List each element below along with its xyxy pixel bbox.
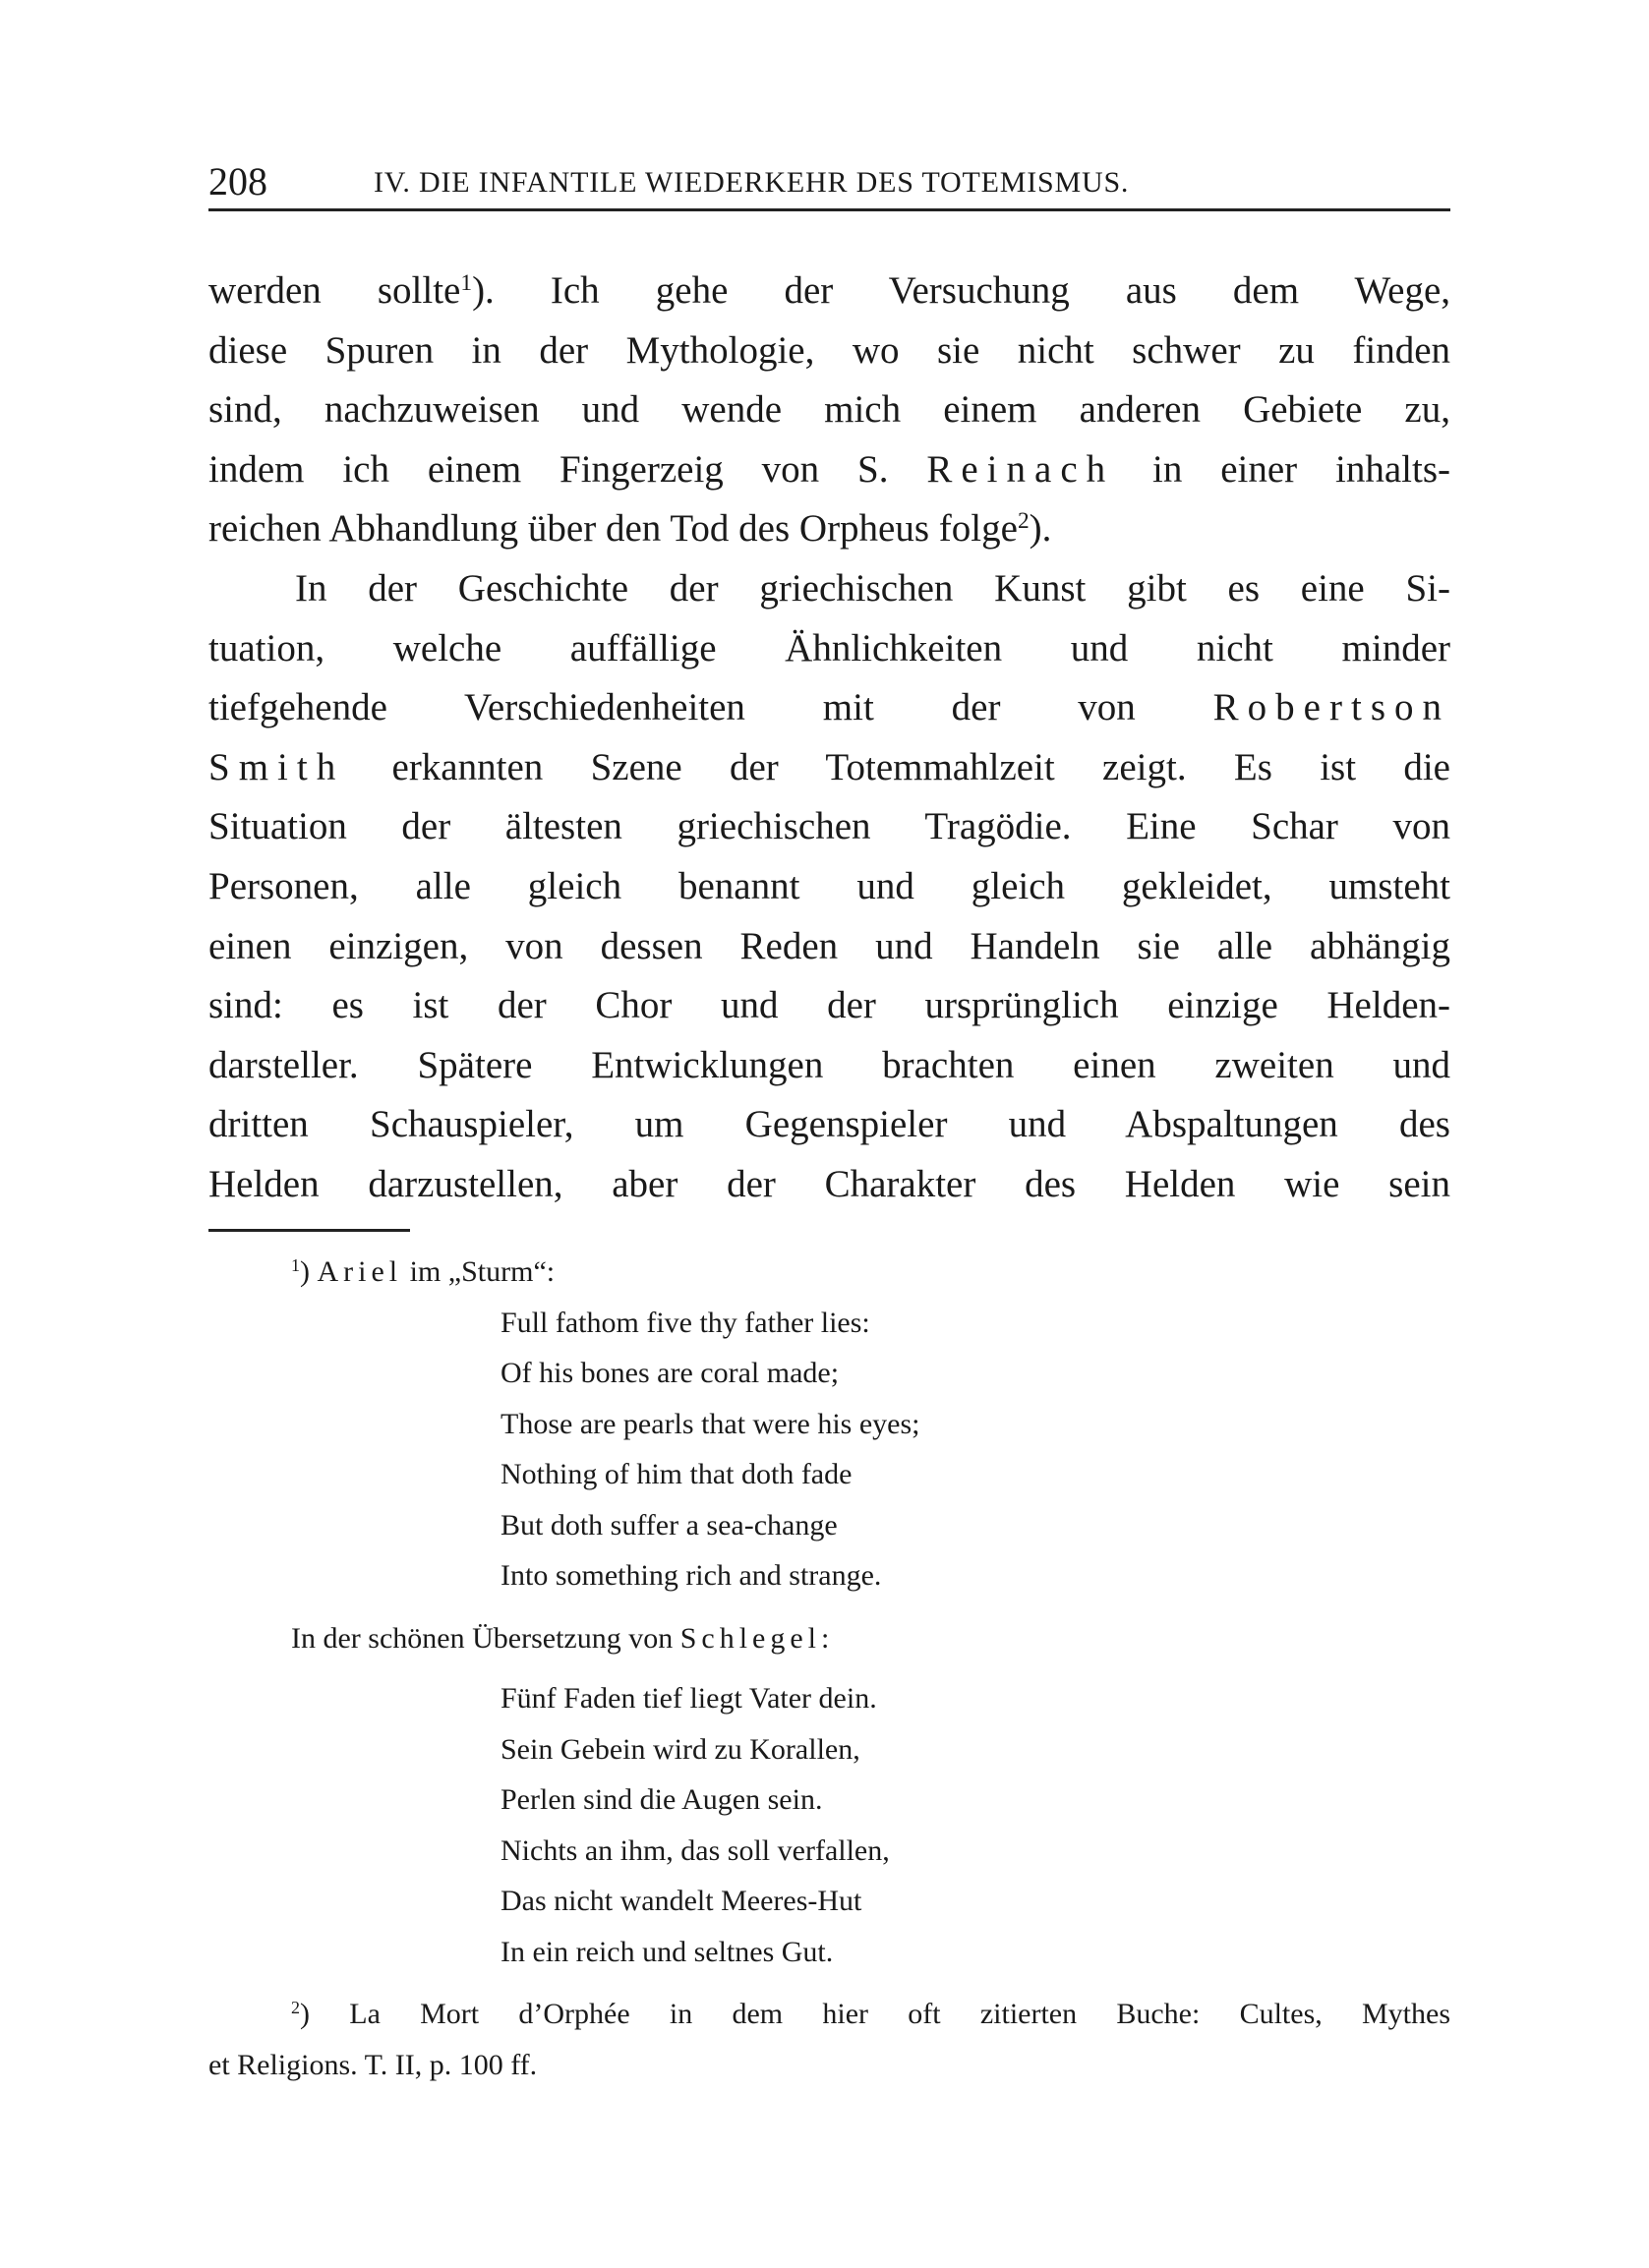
- footnotes: 11) Ariel im „Sturm“: Full fathom five t…: [208, 1247, 1450, 2090]
- text-line: Personen, alle gleich benannt und gleich…: [208, 857, 1450, 917]
- text-span: indem ich einem Fingerzeig von S.: [208, 448, 926, 491]
- text-span: ). Ich gehe der Versuchung aus dem Wege,: [472, 269, 1450, 312]
- text-span: erkannten Szene der Totemmahlzeit zeigt.…: [344, 746, 1450, 788]
- footnote-marker-1: 1: [291, 1255, 300, 1275]
- text-line: sind: es ist der Chor und der ursprüngli…: [208, 976, 1450, 1036]
- paragraph-2: In der Geschichte der griechischen Kunst…: [208, 559, 1450, 1215]
- verse-line: In ein reich und seltnes Gut.: [501, 1927, 1450, 1978]
- text-line: Situation der ältesten griechischen Trag…: [208, 797, 1450, 857]
- verse-line: Nothing of him that doth fade: [501, 1449, 1450, 1500]
- author-name-smith: Smith: [208, 746, 344, 788]
- translation-intro: In der schönen Übersetzung von Schlegel:: [208, 1613, 1450, 1664]
- text-span: tiefgehende Verschiedenheiten mit der vo…: [208, 686, 1213, 728]
- footnote-rule: [208, 1229, 410, 1232]
- text-span: La Mort d’Orphée in dem hier oft zitiert…: [349, 1998, 1450, 2030]
- text-line: Helden darzustellen, aber der Charakter …: [208, 1155, 1450, 1215]
- verse-line: Into something rich and strange.: [501, 1550, 1450, 1601]
- verse-line: Sein Gebein wird zu Korallen,: [501, 1724, 1450, 1775]
- author-name-reinach: Reinach: [926, 448, 1114, 491]
- text-line: werden sollte1). Ich gehe der Versuchung…: [208, 262, 1450, 321]
- text-line: In der Geschichte der griechischen Kunst…: [208, 559, 1450, 619]
- character-name-ariel: Ariel: [318, 1255, 403, 1288]
- verse-line: Full fathom five thy father lies:: [501, 1298, 1450, 1349]
- text-span: In der schönen Übersetzung von: [291, 1622, 680, 1655]
- verse-line: But doth suffer a sea-change: [501, 1500, 1450, 1551]
- header-rule: [208, 208, 1450, 211]
- verse-line: Das nicht wandelt Meeres-Hut: [501, 1876, 1450, 1927]
- footnote-ref-1[interactable]: 1: [460, 270, 472, 296]
- footnote-marker-2: 2: [291, 1998, 300, 2017]
- running-title: IV. DIE INFANTILE WIEDERKEHR DES TOTEMIS…: [374, 161, 1129, 204]
- text-span: im „Sturm“:: [402, 1255, 555, 1288]
- running-header: 208 IV. DIE INFANTILE WIEDERKEHR DES TOT…: [208, 157, 1450, 206]
- page-number: 208: [208, 157, 267, 206]
- text-span: ).: [1030, 507, 1052, 550]
- document-page: 208 IV. DIE INFANTILE WIEDERKEHR DES TOT…: [0, 0, 1649, 2268]
- text-line: indem ich einem Fingerzeig von S. Reinac…: [208, 440, 1450, 500]
- text-line: sind, nachzuweisen und wende mich einem …: [208, 380, 1450, 440]
- text-line: tuation, welche auffällige Ähnlichkeiten…: [208, 619, 1450, 679]
- text-line: Smith erkannten Szene der Totemmahlzeit …: [208, 738, 1450, 798]
- text-span: in einer inhalts-: [1114, 448, 1450, 491]
- paragraph-1: werden sollte1). Ich gehe der Versuchung…: [208, 262, 1450, 559]
- verse-line: Nichts an ihm, das soll verfallen,: [501, 1826, 1450, 1877]
- text-line: einen einzigen, von dessen Reden und Han…: [208, 917, 1450, 977]
- author-name-robertson: Robertson: [1213, 686, 1450, 728]
- footnote-2: 2) La Mort d’Orphée in dem hier oft ziti…: [208, 1989, 1450, 2090]
- verse-german: Fünf Faden tief liegt Vater dein. Sein G…: [208, 1673, 1450, 1977]
- text-line: diese Spuren in der Mythologie, wo sie n…: [208, 321, 1450, 381]
- footnote-ref-2[interactable]: 2: [1018, 509, 1030, 535]
- text-span: reichen Abhandlung über den Tod des Orph…: [208, 507, 1018, 550]
- text-line: darsteller. Spätere Entwicklungen bracht…: [208, 1036, 1450, 1096]
- body-text: werden sollte1). Ich gehe der Versuchung…: [208, 262, 1450, 1215]
- text-line: et Religions. T. II, p. 100 ff.: [208, 2040, 1450, 2091]
- verse-line: Of his bones are coral made;: [501, 1348, 1450, 1399]
- text-line: tiefgehende Verschiedenheiten mit der vo…: [208, 678, 1450, 738]
- verse-line: Those are pearls that were his eyes;: [501, 1399, 1450, 1450]
- text-line: 2) La Mort d’Orphée in dem hier oft ziti…: [208, 1989, 1450, 2040]
- verse-english: Full fathom five thy father lies: Of his…: [208, 1298, 1450, 1601]
- verse-line: Fünf Faden tief liegt Vater dein.: [501, 1673, 1450, 1724]
- verse-line: Perlen sind die Augen sein.: [501, 1774, 1450, 1826]
- text-line: dritten Schauspieler, um Gegenspieler un…: [208, 1095, 1450, 1155]
- text-span: :: [821, 1622, 829, 1655]
- translator-name-schlegel: Schlegel: [680, 1622, 821, 1655]
- text-line: reichen Abhandlung über den Tod des Orph…: [208, 499, 1450, 559]
- text-span: werden sollte: [208, 269, 460, 312]
- footnote-1-intro: 11) Ariel im „Sturm“:: [208, 1247, 1450, 1298]
